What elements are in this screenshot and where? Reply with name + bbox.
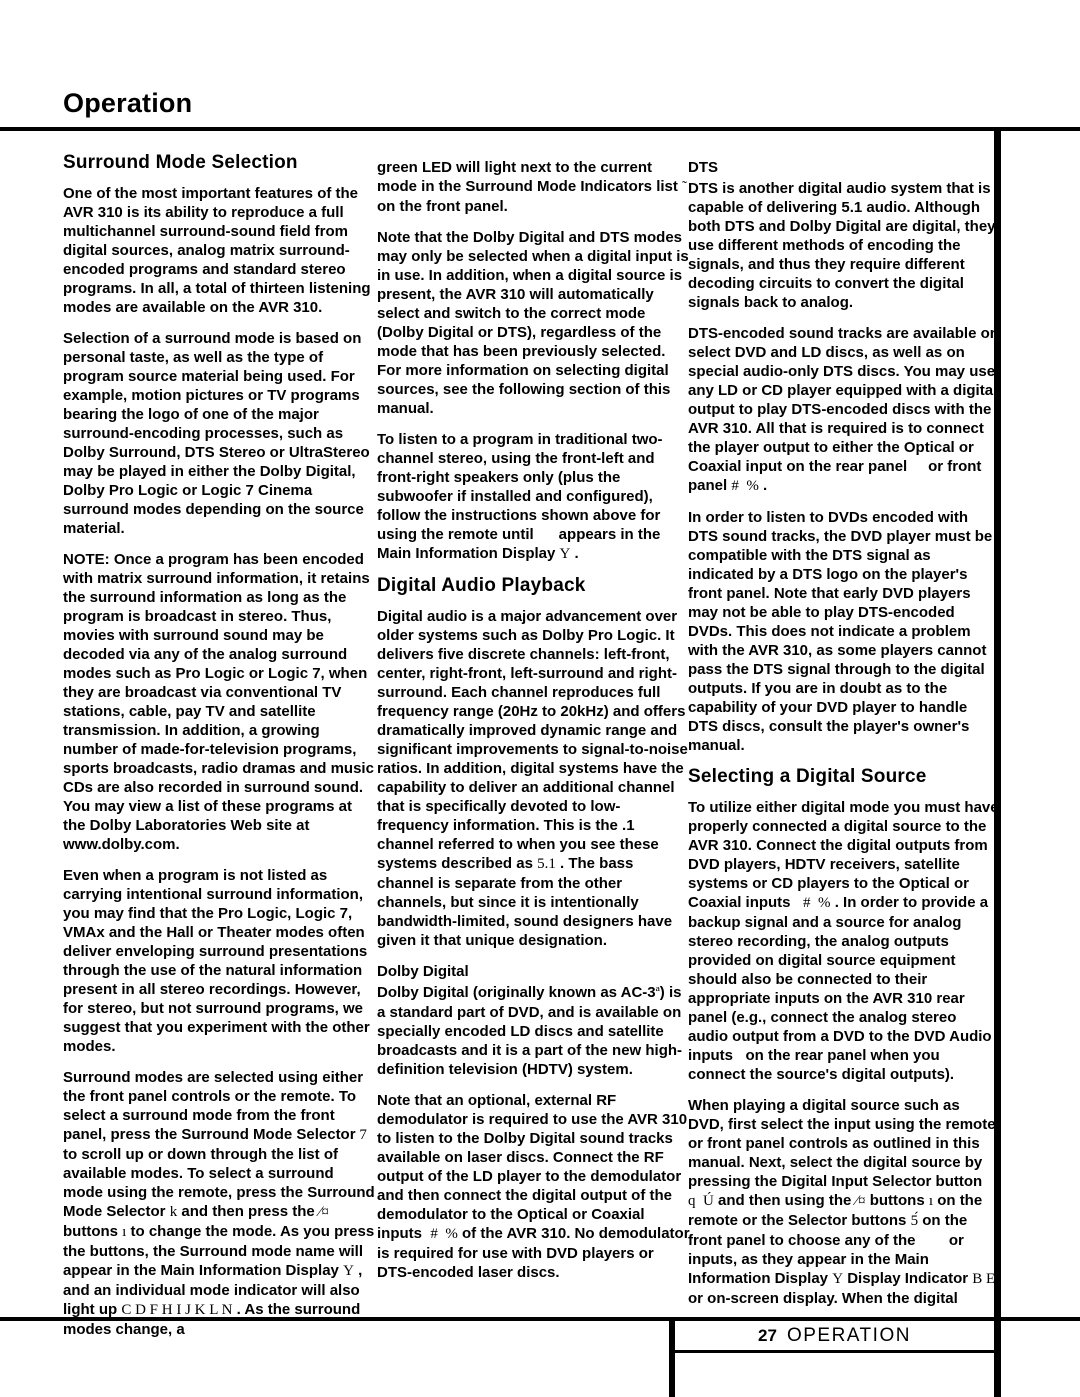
column-3: DTS DTS is another digital audio system … [688, 158, 999, 1320]
footer-section-label: OPERATION [787, 1325, 911, 1347]
sub-heading-dolby-digital: Dolby Digital [377, 962, 690, 981]
paragraph: Digital audio is a major advancement ove… [377, 607, 690, 950]
section-heading-surround-mode-selection: Surround Mode Selection [63, 153, 376, 172]
section-heading-digital-audio-playback: Digital Audio Playback [377, 576, 690, 595]
footer-label: 27 OPERATION [675, 1322, 994, 1350]
page-title: Operation [63, 88, 192, 119]
footer-box-bottom-rule [669, 1350, 1001, 1353]
column-1: Surround Mode Selection One of the most … [63, 153, 376, 1351]
paragraph: Even when a program is not listed as car… [63, 866, 376, 1056]
paragraph: In order to listen to DVDs encoded with … [688, 508, 999, 755]
paragraph: Surround modes are selected using either… [63, 1068, 376, 1339]
paragraph: Note that the Dolby Digital and DTS mode… [377, 228, 690, 418]
section-heading-selecting-a-digital-source: Selecting a Digital Source [688, 767, 999, 786]
paragraph: To listen to a program in traditional tw… [377, 430, 690, 564]
paragraph: Dolby Digital (originally known as AC-3ª… [377, 983, 690, 1079]
paragraph: Note that an optional, external RF demod… [377, 1091, 690, 1282]
paragraph: DTS is another digital audio system that… [688, 179, 999, 312]
paragraph: DTS-encoded sound tracks are available o… [688, 324, 999, 496]
paragraph: To utilize either digital mode you must … [688, 798, 999, 1084]
column-2: green LED will light next to the current… [377, 158, 690, 1294]
sub-heading-dts: DTS [688, 158, 999, 177]
manual-page: Operation Surround Mode Selection One of… [0, 0, 1080, 1397]
paragraph: One of the most important features of th… [63, 184, 376, 317]
page-number: 27 [758, 1326, 777, 1346]
footer-rule [0, 1317, 1080, 1321]
paragraph: When playing a digital source such as DV… [688, 1096, 999, 1308]
paragraph: NOTE: Once a program has been encoded wi… [63, 550, 376, 854]
paragraph: Selection of a surround mode is based on… [63, 329, 376, 538]
paragraph: green LED will light next to the current… [377, 158, 690, 216]
header-rule [0, 127, 1080, 131]
